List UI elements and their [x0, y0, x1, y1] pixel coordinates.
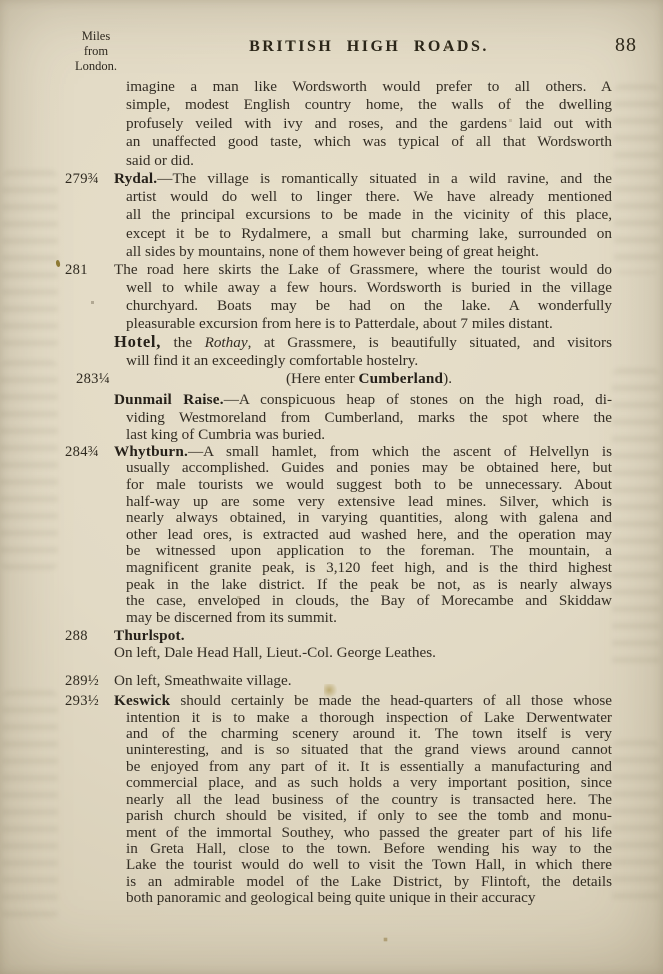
text-line: simple, modest English country home, the…: [126, 96, 612, 114]
text-line: last king of Cumbria was buried.: [126, 426, 612, 444]
text-line: may be discerned from its summit.: [126, 610, 612, 627]
entry-3: Hotel, the Rothay, at Grassmere, is beau…: [126, 333, 612, 370]
text-segment: —A small hamlet, from which the ascent o…: [188, 443, 612, 460]
entry-lead-word: Cumberland: [358, 370, 443, 387]
text-segment: On left, Dale Head Hall, Lieut.-Col. Geo…: [114, 644, 436, 661]
text-line: intention it is to make a thorough inspe…: [126, 710, 612, 726]
text-segment: The road here skirts the Lake of Grassme…: [114, 261, 612, 278]
text-segment: , at Grassmere, is beautifully situated,…: [248, 334, 612, 351]
text-line: half-way up are some very extensive lead…: [126, 494, 612, 511]
text-line: Lake the tourist would do well to visit …: [126, 857, 612, 873]
text-line: peak in the lake district. If the peak b…: [126, 577, 612, 594]
entry-281: 281The road here skirts the Lake of Gras…: [126, 261, 612, 333]
text-line: is an admirable model of the Lake Distri…: [126, 874, 612, 890]
text-line: On left, Smeathwaite village.: [126, 673, 612, 689]
mile-marker: 288: [65, 628, 121, 644]
entry-lead-word: Hotel,: [114, 332, 161, 351]
text-line: an unaffected good taste, which was typi…: [126, 133, 612, 151]
text-line: Dunmail Raise.—A conspicuous heap of sto…: [126, 391, 612, 409]
text-segment: —The village is romantically situated in…: [157, 170, 612, 187]
entry-288: 288Thurlspot.On left, Dale Head Hall, Li…: [126, 628, 612, 661]
text-line: commercial place, and as such holds a ve…: [126, 775, 612, 791]
text-line: profusely veiled with ivy and roses, and…: [126, 115, 612, 133]
text-line: pleasurable excursion from here is to Pa…: [126, 315, 612, 333]
text-segment: should certainly be made the head-quarte…: [170, 692, 612, 709]
text-line: magnificent granite peak, is 3,120 feet …: [126, 560, 612, 577]
paper-speckles: [0, 0, 1, 1]
text-line: The road here skirts the Lake of Grassme…: [126, 261, 612, 279]
text-line: artist would do well to linger there. We…: [126, 188, 612, 206]
text-line: well to while away a few hours. Wordswor…: [126, 279, 612, 297]
text-line: nearly always obtained, in varying quant…: [126, 510, 612, 527]
entry-5: Dunmail Raise.—A conspicuous heap of sto…: [126, 391, 612, 444]
text-line: usually accomplished. Guides and ponies …: [126, 460, 612, 477]
text-line: (Here enter Cumberland).: [126, 370, 612, 388]
text-line: be witnessed upon application to the for…: [126, 543, 612, 560]
text-line: viding Westmoreland from Cumberland, mar…: [126, 409, 612, 427]
text-line: said or did.: [126, 152, 612, 170]
entry-279: 279¾Rydal.—The village is romantically s…: [126, 170, 612, 261]
text-line: both panoramic and geological being quit…: [126, 890, 612, 906]
text-line: for male tourists we would suggest both …: [126, 477, 612, 494]
text-line: will find it an exceedingly comfortable …: [126, 352, 612, 370]
text-line: Keswick should certainly be made the hea…: [126, 693, 612, 709]
text-line: nearly all the lead business of the coun…: [126, 792, 612, 808]
entry-284: 284¾Whytburn.—A small hamlet, from which…: [126, 444, 612, 627]
italic-word: Rothay: [205, 334, 248, 351]
entry-289: 289½On left, Smeathwaite village.: [126, 673, 612, 689]
text-line: Thurlspot.: [126, 628, 612, 644]
text-segment: the: [161, 334, 205, 351]
text-segment: ).: [443, 370, 452, 387]
text-line: parish church should be visited, if only…: [126, 808, 612, 824]
text-line: except it be to Rydalmere, a small but c…: [126, 225, 612, 243]
text-line: all the principal excursions to be made …: [126, 206, 612, 224]
text-line: in Greta Hall, close to the town. Before…: [126, 841, 612, 857]
book-page-scan: Miles from London. BRITISH HIGH ROADS. 8…: [0, 0, 663, 974]
text-column: imagine a man like Wordsworth would pref…: [0, 0, 663, 907]
text-line: the case, enveloped in clouds, the Bay o…: [126, 593, 612, 610]
text-line: Hotel, the Rothay, at Grassmere, is beau…: [126, 333, 612, 352]
text-line: be enjoyed from any part of it. It is es…: [126, 759, 612, 775]
text-line: On left, Dale Head Hall, Lieut.-Col. Geo…: [126, 645, 612, 661]
entry-lead-word: Keswick: [114, 692, 170, 709]
mile-marker: 283¼: [65, 370, 121, 388]
text-segment: —A conspicuous heap of stones on the hig…: [224, 391, 612, 408]
entry-lead-word: Thurlspot.: [114, 627, 185, 644]
paper-stain: [324, 684, 337, 699]
text-line: and of the charming scenery around it. T…: [126, 726, 612, 742]
text-line: churchyard. Boats may be had on the lake…: [126, 297, 612, 315]
text-line: other lead ores, is extracted aud washed…: [126, 527, 612, 544]
entry-lead-word: Dunmail Raise.: [114, 391, 224, 408]
text-line: imagine a man like Wordsworth would pref…: [126, 78, 612, 96]
mile-marker: 281: [65, 261, 121, 279]
entry-lead-word: Whytburn.: [114, 443, 188, 460]
text-segment: (Here enter: [286, 370, 359, 387]
mile-marker: 293½: [65, 693, 121, 709]
text-line: all sides by mountains, none of them how…: [126, 243, 612, 261]
mile-marker: 279¾: [65, 170, 121, 188]
text-line: ment of the immortal Southey, who passed…: [126, 825, 612, 841]
text-segment: On left, Smeathwaite village.: [114, 672, 292, 689]
text-line: Whytburn.—A small hamlet, from which the…: [126, 444, 612, 461]
text-line: uninteresting, and is so situated that t…: [126, 742, 612, 758]
entry-283: 283¼(Here enter Cumberland).: [126, 370, 612, 388]
text-line: Rydal.—The village is romantically situa…: [126, 170, 612, 188]
mile-marker: 284¾: [65, 444, 121, 461]
entry-293: 293½Keswick should certainly be made the…: [126, 693, 612, 906]
entry-0: imagine a man like Wordsworth would pref…: [126, 78, 612, 170]
mile-marker: 289½: [65, 673, 121, 689]
